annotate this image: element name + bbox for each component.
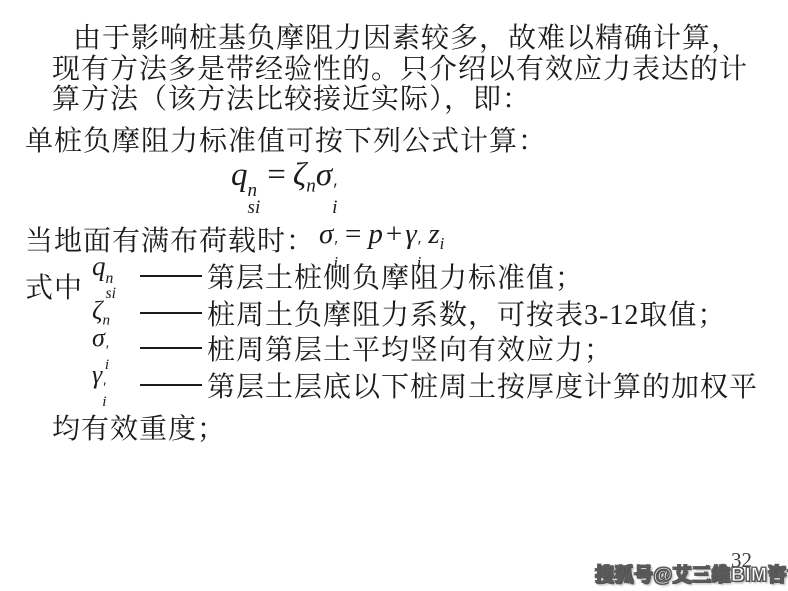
intro-line-2: 现有方法多是带经验性的。只介绍以有效应力表达的计 [52, 55, 762, 86]
var-q: q [231, 157, 248, 193]
intro-paragraph: 由于影响桩基负摩阻力因素较多，故难以精确计算， 现有方法多是带经验性的。只介绍以… [52, 24, 762, 116]
definition-text: 第层土层底以下桩周土按厚度计算的加权平 [207, 365, 758, 405]
dash-line [140, 275, 202, 277]
definition-row-gamma: γ′i 第层土层底以下桩周土按厚度计算的加权平 [92, 366, 758, 404]
gamma-supsub: ′i [102, 382, 106, 410]
definition-row-qsi: qnsi 第层土桩侧负摩阻力标准值； [92, 257, 584, 295]
plus-sign: + [386, 218, 402, 250]
q-subscript: si [248, 199, 261, 217]
definition-row-zeta: ζn 桩周土负摩阻力系数，可按表3-12取值； [92, 294, 726, 332]
var-sigma: σ [92, 323, 105, 352]
z-subscript: i [440, 234, 445, 253]
var-gamma: γ [92, 360, 102, 389]
lead-sentence: 单桩负摩阻力标准值可按下列公式计算： [25, 119, 547, 159]
definitions-prefix: 式中 [25, 266, 83, 306]
var-z: z [428, 218, 439, 250]
q-supsub: nsi [248, 182, 261, 217]
dash-line [140, 347, 202, 349]
watermark: 搜狐号@艾三维BIM咨询 [595, 560, 788, 587]
var-q: q [92, 251, 106, 281]
var-p: p [368, 218, 383, 250]
intro-line-1: 由于影响桩基负摩阻力因素较多，故难以精确计算， [52, 24, 762, 55]
var-zeta: ζ [92, 296, 103, 325]
dash-line [140, 312, 202, 314]
definition-text: 第层土桩侧负摩阻力标准值； [207, 256, 584, 296]
var-gamma: γ [405, 218, 416, 250]
sigma-subscript: i [332, 199, 337, 217]
intro-line-3: 算方法（该方法比较接近实际），即： [52, 85, 762, 116]
equals-sign: = [345, 218, 361, 250]
definition-row-sigma: σ′i 桩周第层土平均竖向有效应力； [92, 329, 613, 367]
symbol-gamma: γ′i [92, 360, 140, 409]
var-zeta: ζ [293, 157, 306, 193]
zeta-subscript: n [306, 176, 316, 197]
var-sigma: σ [316, 157, 332, 193]
dash-line [140, 384, 202, 386]
sigma-supsub: ′i [332, 182, 337, 217]
equals-sign: = [267, 157, 286, 193]
formula-negative-friction: qnsi=ζnσ′i [231, 157, 337, 217]
definition-text: 桩周土负摩阻力系数，可按表3-12取值； [207, 293, 726, 333]
definition-text: 桩周第层土平均竖向有效应力； [207, 328, 613, 368]
definition-continuation: 均有效重度； [52, 407, 226, 447]
var-sigma: σ [319, 218, 333, 250]
slide-page: 由于影响桩基负摩阻力因素较多，故难以精确计算， 现有方法多是带经验性的。只介绍以… [0, 0, 788, 591]
surcharge-label: 当地面有满布荷载时： [25, 226, 315, 257]
